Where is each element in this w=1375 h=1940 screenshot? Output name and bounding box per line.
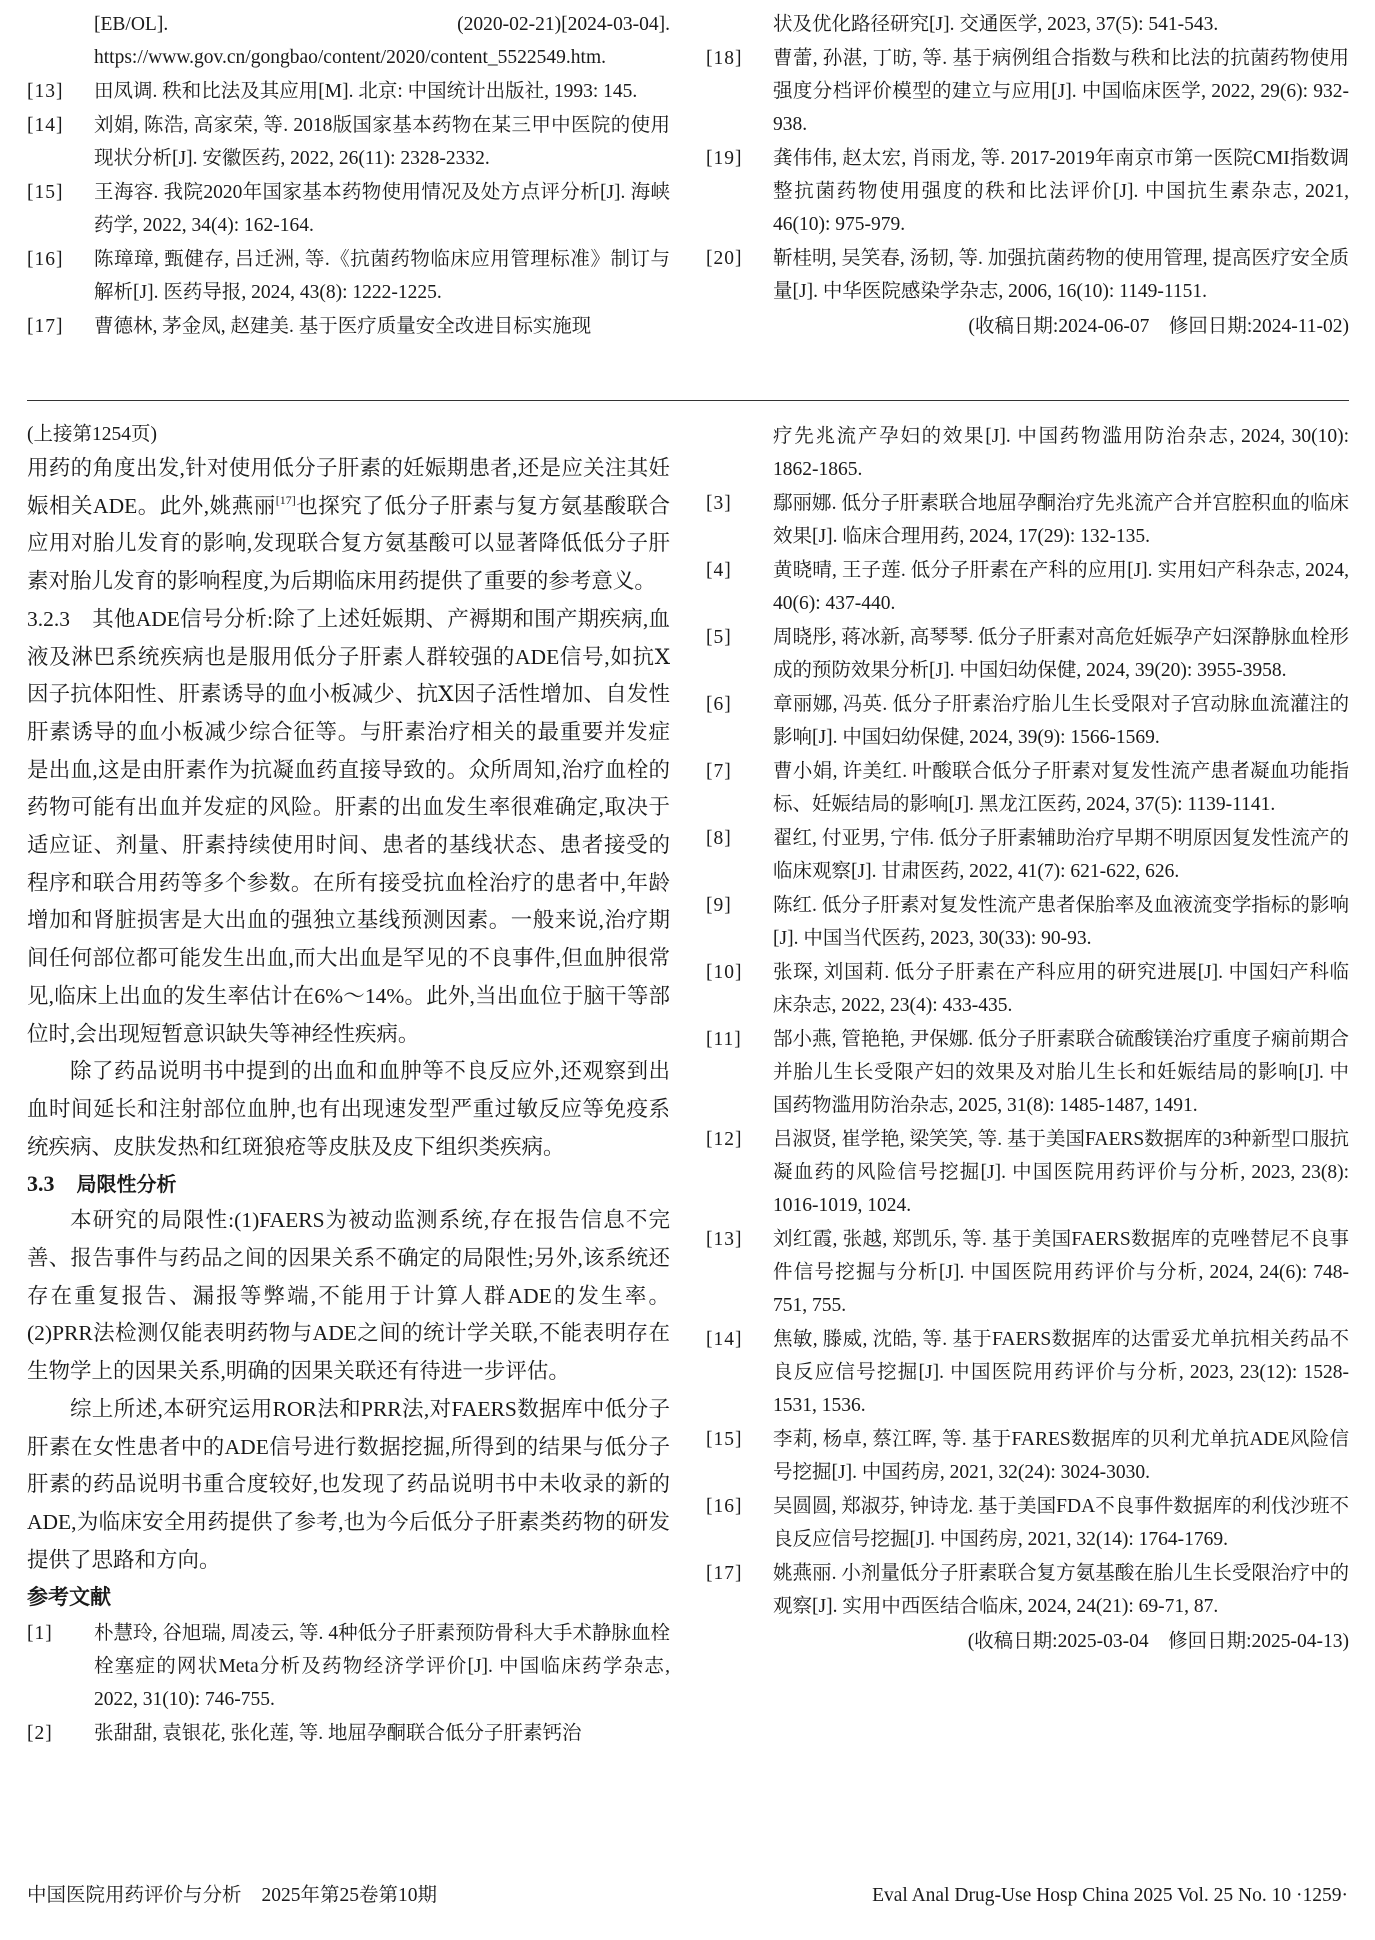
- reference-number: [16]: [706, 1490, 766, 1523]
- reference-number: [2]: [27, 1717, 87, 1750]
- reference-number: [12]: [706, 1123, 766, 1156]
- references-list: 疗先兆流产孕妇的效果[J]. 中国药物滥用防治杂志, 2024, 30(10):…: [706, 420, 1349, 1658]
- paragraph: 本研究的局限性:(1)FAERS为被动监测系统,存在报告信息不完善、报告事件与药…: [27, 1202, 670, 1391]
- reference-text: 章丽娜, 冯英. 低分子肝素治疗胎儿生长受限对子宫动脉血流灌注的影响[J]. 中…: [773, 694, 1349, 748]
- reference-text: 田凤调. 秩和比法及其应用[M]. 北京: 中国统计出版社, 1993: 145…: [94, 81, 637, 102]
- reference-item: [18] 曹蕾, 孙湛, 丁昉, 等. 基于病例组合指数与秩和比法的抗菌药物使用…: [706, 42, 1349, 141]
- reference-text: [EB/OL]. (2020-02-21)[2024-03-04]. https…: [94, 14, 670, 68]
- reference-text: 黄晓晴, 王子莲. 低分子肝素在产科的应用[J]. 实用妇产科杂志, 2024,…: [773, 560, 1349, 614]
- reference-number: [15]: [27, 176, 87, 209]
- reference-item: [15]李莉, 杨卓, 蔡江晖, 等. 基于FARES数据库的贝利尤单抗ADE风…: [706, 1423, 1349, 1489]
- page-number: ·1259·: [1296, 1885, 1348, 1906]
- reference-item: [13]刘红霞, 张越, 郑凯乐, 等. 基于美国FAERS数据库的克唑替尼不良…: [706, 1223, 1349, 1322]
- reference-item: [9]陈红. 低分子肝素对复发性流产患者保胎率及血液流变学指标的影响[J]. 中…: [706, 889, 1349, 955]
- reference-item: [20] 靳桂明, 吴笑春, 汤韧, 等. 加强抗菌药物的使用管理, 提高医疗安…: [706, 242, 1349, 308]
- reference-text: 姚燕丽. 小剂量低分子肝素联合复方氨基酸在胎儿生长受限治疗中的观察[J]. 实用…: [773, 1563, 1349, 1617]
- paragraph: 除了药品说明书中提到的出血和血肿等不良反应外,还观察到出血时间延长和注射部位血肿…: [27, 1053, 670, 1166]
- reference-text: 张甜甜, 袁银花, 张化莲, 等. 地屈孕酮联合低分子肝素钙治: [94, 1723, 582, 1744]
- reference-number: [3]: [706, 487, 766, 520]
- reference-number: [4]: [706, 554, 766, 587]
- paragraph: 用药的角度出发,针对使用低分子肝素的妊娠期患者,还是应关注其妊娠相关ADE。此外…: [27, 450, 670, 601]
- reference-number: [16]: [27, 243, 87, 276]
- reference-number: [19]: [706, 142, 766, 175]
- reference-text: 曹德林, 茅金凤, 赵建美. 基于医疗质量安全改进目标实施现: [94, 316, 591, 337]
- reference-number: [17]: [706, 1557, 766, 1590]
- reference-text: 焦敏, 滕威, 沈皓, 等. 基于FAERS数据库的达雷妥尤单抗相关药品不良反应…: [773, 1329, 1349, 1416]
- section-title: 局限性分析: [77, 1172, 177, 1196]
- reference-number: [11]: [706, 1023, 766, 1056]
- reference-number: [13]: [27, 75, 87, 108]
- reference-item: [8]翟红, 付亚男, 宁伟. 低分子肝素辅助治疗早期不明原因复发性流产的临床观…: [706, 822, 1349, 888]
- received-date: (收稿日期:2024-06-07 修回日期:2024-11-02): [706, 310, 1349, 343]
- reference-text: 疗先兆流产孕妇的效果[J]. 中国药物滥用防治杂志, 2024, 30(10):…: [773, 426, 1349, 480]
- reference-number: [14]: [27, 109, 87, 142]
- reference-text: 郜小燕, 管艳艳, 尹保娜. 低分子肝素联合硫酸镁治疗重度子痫前期合并胎儿生长受…: [773, 1029, 1349, 1116]
- section-number: 3.3: [27, 1171, 55, 1196]
- reference-text: 刘娟, 陈浩, 高家荣, 等. 2018版国家基本药物在某三甲中医院的使用现状分…: [94, 115, 670, 169]
- footer-journal-en: Eval Anal Drug-Use Hosp China 2025 Vol. …: [872, 1882, 1348, 1910]
- reference-text: 陈璋璋, 甄健存, 吕迁洲, 等.《抗菌药物临床应用管理标准》制订与解析[J].…: [94, 249, 670, 303]
- citation-link[interactable]: [17]: [276, 493, 296, 507]
- reference-number: [9]: [706, 889, 766, 922]
- subsection-number: 3.2.3: [27, 607, 70, 631]
- reference-item: [6]章丽娜, 冯英. 低分子肝素治疗胎儿生长受限对子宫动脉血流灌注的影响[J]…: [706, 688, 1349, 754]
- reference-text: 龚伟伟, 赵太宏, 肖雨龙, 等. 2017-2019年南京市第一医院CMI指数…: [773, 148, 1349, 235]
- paragraph: 综上所述,本研究运用ROR法和PRR法,对FAERS数据库中低分子肝素在女性患者…: [27, 1391, 670, 1580]
- reference-item: [15] 王海容. 我院2020年国家基本药物使用情况及处方点评分析[J]. 海…: [27, 176, 670, 242]
- reference-number: [8]: [706, 822, 766, 855]
- reference-number: [10]: [706, 956, 766, 989]
- reference-item: [12]吕淑贤, 崔学艳, 梁笑笑, 等. 基于美国FAERS数据库的3种新型口…: [706, 1123, 1349, 1222]
- reference-number: [17]: [27, 310, 87, 343]
- journal-name-en: Eval Anal Drug-Use Hosp China 2025 Vol. …: [872, 1885, 1291, 1906]
- article-body: (上接第1254页) 用药的角度出发,针对使用低分子肝素的妊娠期患者,还是应关注…: [27, 420, 670, 1751]
- reference-number: [20]: [706, 242, 766, 275]
- reference-number: [6]: [706, 688, 766, 721]
- reference-text: 李莉, 杨卓, 蔡江晖, 等. 基于FARES数据库的贝利尤单抗ADE风险信号挖…: [773, 1429, 1349, 1483]
- reference-text: 靳桂明, 吴笑春, 汤韧, 等. 加强抗菌药物的使用管理, 提高医疗安全质量[J…: [773, 248, 1349, 302]
- reference-text: 吴圆圆, 郑淑芬, 钟诗龙. 基于美国FDA不良事件数据库的利伐沙班不良反应信号…: [773, 1496, 1349, 1550]
- reference-item: [13] 田凤调. 秩和比法及其应用[M]. 北京: 中国统计出版社, 1993…: [27, 75, 670, 108]
- reference-text: 张琛, 刘国莉. 低分子肝素在产科应用的研究进展[J]. 中国妇产科临床杂志, …: [773, 962, 1349, 1016]
- reference-item: 疗先兆流产孕妇的效果[J]. 中国药物滥用防治杂志, 2024, 30(10):…: [706, 420, 1349, 486]
- reference-item: [EB/OL]. (2020-02-21)[2024-03-04]. https…: [27, 8, 670, 74]
- received-date: (收稿日期:2025-03-04 修回日期:2025-04-13): [706, 1625, 1349, 1658]
- reference-item: [16]吴圆圆, 郑淑芬, 钟诗龙. 基于美国FDA不良事件数据库的利伐沙班不良…: [706, 1490, 1349, 1556]
- subsection-3-2-3: 3.2.3其他ADE信号分析:除了上述妊娠期、产褥期和围产期疾病,血液及淋巴系统…: [27, 601, 670, 1053]
- reference-item: [17]姚燕丽. 小剂量低分子肝素联合复方氨基酸在胎儿生长受限治疗中的观察[J]…: [706, 1557, 1349, 1623]
- reference-item: [2] 张甜甜, 袁银花, 张化莲, 等. 地屈孕酮联合低分子肝素钙治: [27, 1717, 670, 1750]
- reference-item: 状及优化路径研究[J]. 交通医学, 2023, 37(5): 541-543.: [706, 8, 1349, 41]
- reference-text: 曹小娟, 许美红. 叶酸联合低分子肝素对复发性流产患者凝血功能指标、妊娠结局的影…: [773, 761, 1349, 815]
- reference-item: [14]焦敏, 滕威, 沈皓, 等. 基于FAERS数据库的达雷妥尤单抗相关药品…: [706, 1323, 1349, 1422]
- reference-item: [11]郜小燕, 管艳艳, 尹保娜. 低分子肝素联合硫酸镁治疗重度子痫前期合并胎…: [706, 1023, 1349, 1122]
- reference-number: [7]: [706, 755, 766, 788]
- reference-item: [5]周晓彤, 蒋冰新, 高琴琴. 低分子肝素对高危妊娠孕产妇深静脉血栓形成的预…: [706, 621, 1349, 687]
- reference-item: [17] 曹德林, 茅金凤, 赵建美. 基于医疗质量安全改进目标实施现: [27, 310, 670, 343]
- reference-text: 朴慧玲, 谷旭瑞, 周凌云, 等. 4种低分子肝素预防骨科大手术静脉血栓栓塞症的…: [94, 1623, 670, 1710]
- reference-item: [16] 陈璋璋, 甄健存, 吕迁洲, 等.《抗菌药物临床应用管理标准》制订与解…: [27, 243, 670, 309]
- reference-item: [19] 龚伟伟, 赵太宏, 肖雨龙, 等. 2017-2019年南京市第一医院…: [706, 142, 1349, 241]
- reference-item: [10]张琛, 刘国莉. 低分子肝素在产科应用的研究进展[J]. 中国妇产科临床…: [706, 956, 1349, 1022]
- reference-item: [14] 刘娟, 陈浩, 高家荣, 等. 2018版国家基本药物在某三甲中医院的…: [27, 109, 670, 175]
- footer-journal-cn: 中国医院用药评价与分析2025年第25卷第10期: [27, 1882, 437, 1910]
- reference-number: [15]: [706, 1423, 766, 1456]
- references-heading: 参考文献: [27, 1579, 670, 1615]
- reference-text: 状及优化路径研究[J]. 交通医学, 2023, 37(5): 541-543.: [773, 14, 1218, 35]
- reference-text: 曹蕾, 孙湛, 丁昉, 等. 基于病例组合指数与秩和比法的抗菌药物使用强度分档评…: [773, 48, 1349, 135]
- reference-text: 鄢丽娜. 低分子肝素联合地屈孕酮治疗先兆流产合并宫腔积血的临床效果[J]. 临床…: [773, 493, 1349, 547]
- journal-name-cn: 中国医院用药评价与分析: [27, 1885, 242, 1906]
- reference-item: [4]黄晓晴, 王子莲. 低分子肝素在产科的应用[J]. 实用妇产科杂志, 20…: [706, 554, 1349, 620]
- top-right-references: 状及优化路径研究[J]. 交通医学, 2023, 37(5): 541-543.…: [706, 8, 1349, 343]
- reference-number: [18]: [706, 42, 766, 75]
- section-heading-3-3: 3.3局限性分析: [27, 1166, 670, 1202]
- top-left-references: [EB/OL]. (2020-02-21)[2024-03-04]. https…: [27, 8, 670, 344]
- article-divider: [27, 400, 1349, 401]
- reference-number: [5]: [706, 621, 766, 654]
- reference-text: 王海容. 我院2020年国家基本药物使用情况及处方点评分析[J]. 海峡药学, …: [94, 182, 670, 236]
- reference-item: [1] 朴慧玲, 谷旭瑞, 周凌云, 等. 4种低分子肝素预防骨科大手术静脉血栓…: [27, 1617, 670, 1716]
- reference-number: [14]: [706, 1323, 766, 1356]
- reference-item: [3]鄢丽娜. 低分子肝素联合地屈孕酮治疗先兆流产合并宫腔积血的临床效果[J].…: [706, 487, 1349, 553]
- issue-info-cn: 2025年第25卷第10期: [262, 1885, 438, 1906]
- reference-number: [1]: [27, 1617, 87, 1650]
- reference-number: [13]: [706, 1223, 766, 1256]
- continued-from-note: (上接第1254页): [27, 420, 670, 450]
- reference-text: 刘红霞, 张越, 郑凯乐, 等. 基于美国FAERS数据库的克唑替尼不良事件信号…: [773, 1229, 1349, 1316]
- reference-text: 翟红, 付亚男, 宁伟. 低分子肝素辅助治疗早期不明原因复发性流产的临床观察[J…: [773, 828, 1349, 882]
- paragraph-text: 其他ADE信号分析:除了上述妊娠期、产褥期和围产期疾病,血液及淋巴系统疾病也是服…: [27, 607, 670, 1046]
- reference-text: 周晓彤, 蒋冰新, 高琴琴. 低分子肝素对高危妊娠孕产妇深静脉血栓形成的预防效果…: [773, 627, 1349, 681]
- reference-item: [7]曹小娟, 许美红. 叶酸联合低分子肝素对复发性流产患者凝血功能指标、妊娠结…: [706, 755, 1349, 821]
- reference-text: 吕淑贤, 崔学艳, 梁笑笑, 等. 基于美国FAERS数据库的3种新型口服抗凝血…: [773, 1129, 1349, 1216]
- reference-text: 陈红. 低分子肝素对复发性流产患者保胎率及血液流变学指标的影响[J]. 中国当代…: [773, 895, 1349, 949]
